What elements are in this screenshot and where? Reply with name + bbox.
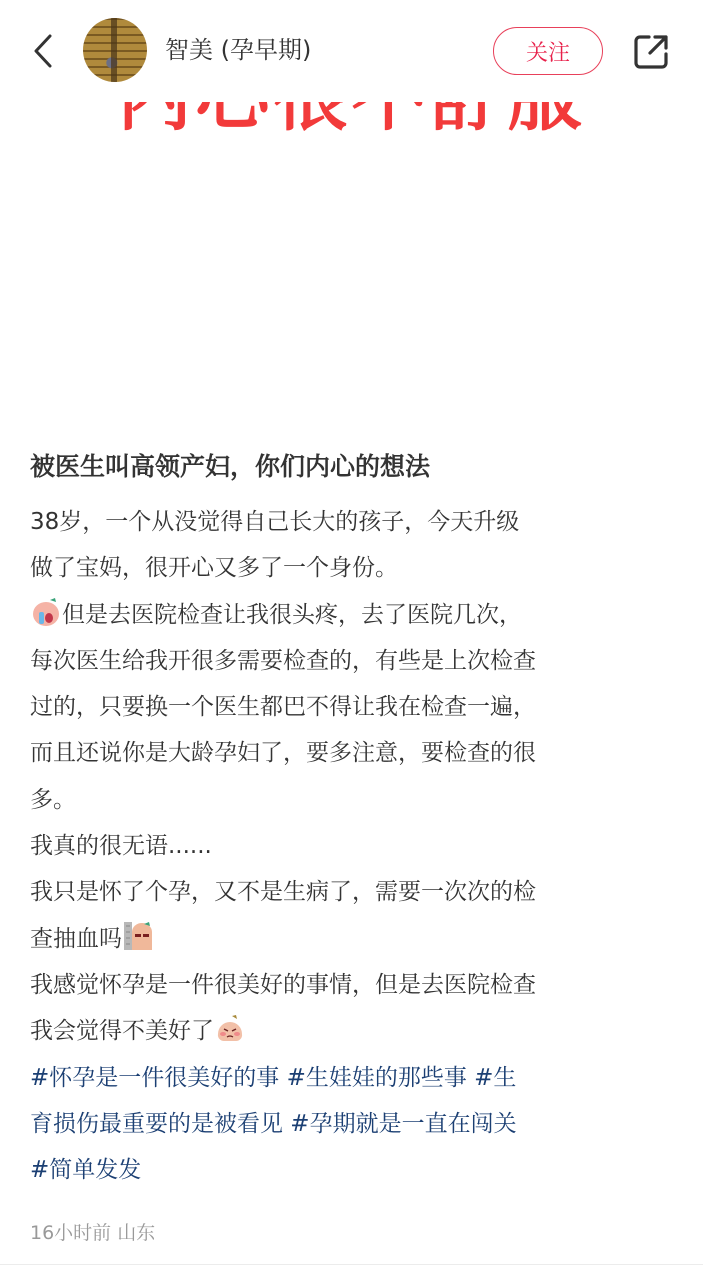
follow-button-label: 关注 — [526, 36, 570, 67]
share-external-icon — [631, 32, 671, 72]
post-header: 智美 (孕早期) 关注 — [0, 0, 703, 100]
share-button[interactable] — [631, 32, 671, 72]
post-body: 38岁，一个从没觉得自己长大的孩子，今天升级 做了宝妈，很开心又多了一个身份。 … — [30, 499, 675, 1055]
body-line: 我真的很无语...... — [30, 823, 675, 869]
post-location: 山东 — [117, 1222, 155, 1244]
tag-link[interactable]: #简单发发 — [30, 1157, 141, 1183]
chevron-left-icon — [28, 30, 62, 72]
tag-link[interactable]: #怀孕是一件很美好的事 #生娃娃的那些事 #生 — [30, 1065, 516, 1091]
body-line: 查抽血吗 — [30, 916, 675, 962]
post-meta: 16小时前 山东 — [30, 1218, 155, 1248]
divider — [0, 1264, 703, 1265]
body-line: 38岁，一个从没觉得自己长大的孩子，今天升级 — [30, 499, 675, 545]
follow-button[interactable]: 关注 — [493, 27, 603, 75]
body-line: 每次医生给我开很多需要检查的，有些是上次检查 — [30, 638, 675, 684]
body-line: 我会觉得不美好了 — [30, 1008, 675, 1054]
back-button[interactable] — [28, 30, 62, 72]
body-line: 做了宝妈，很开心又多了一个身份。 — [30, 545, 675, 591]
body-line: 但是去医院检查让我很头疼，去了医院几次， — [30, 592, 675, 638]
post-title: 被医生叫高领产妇，你们内心的想法 — [30, 445, 675, 489]
author-avatar[interactable] — [83, 18, 147, 82]
post-time: 16小时前 — [30, 1222, 111, 1244]
author-name[interactable]: 智美 (孕早期) — [165, 34, 311, 66]
body-line: 而且还说你是大龄孕妇了，要多注意，要检查的很 — [30, 730, 675, 776]
body-line: 多。 — [30, 777, 675, 823]
post-tags: #怀孕是一件很美好的事 #生娃娃的那些事 #生 育损伤最重要的是被看见 #孕期就… — [30, 1055, 675, 1194]
body-line: 我感觉怀孕是一件很美好的事情，但是去医院检查 — [30, 962, 675, 1008]
sad-teary-emoji-icon — [214, 1012, 246, 1044]
post-content: 被医生叫高领产妇，你们内心的想法 38岁，一个从没觉得自己长大的孩子，今天升级 … — [30, 445, 675, 1193]
body-line: 我只是怀了个孕，又不是生病了，需要一次次的检 — [30, 869, 675, 915]
crying-peach-emoji-icon — [30, 596, 62, 628]
peeking-wall-emoji-icon — [122, 920, 154, 952]
body-line: 过的，只要换一个医生都巴不得让我在检查一遍， — [30, 684, 675, 730]
tag-link[interactable]: 育损伤最重要的是被看见 #孕期就是一直在闯关 — [30, 1111, 517, 1137]
